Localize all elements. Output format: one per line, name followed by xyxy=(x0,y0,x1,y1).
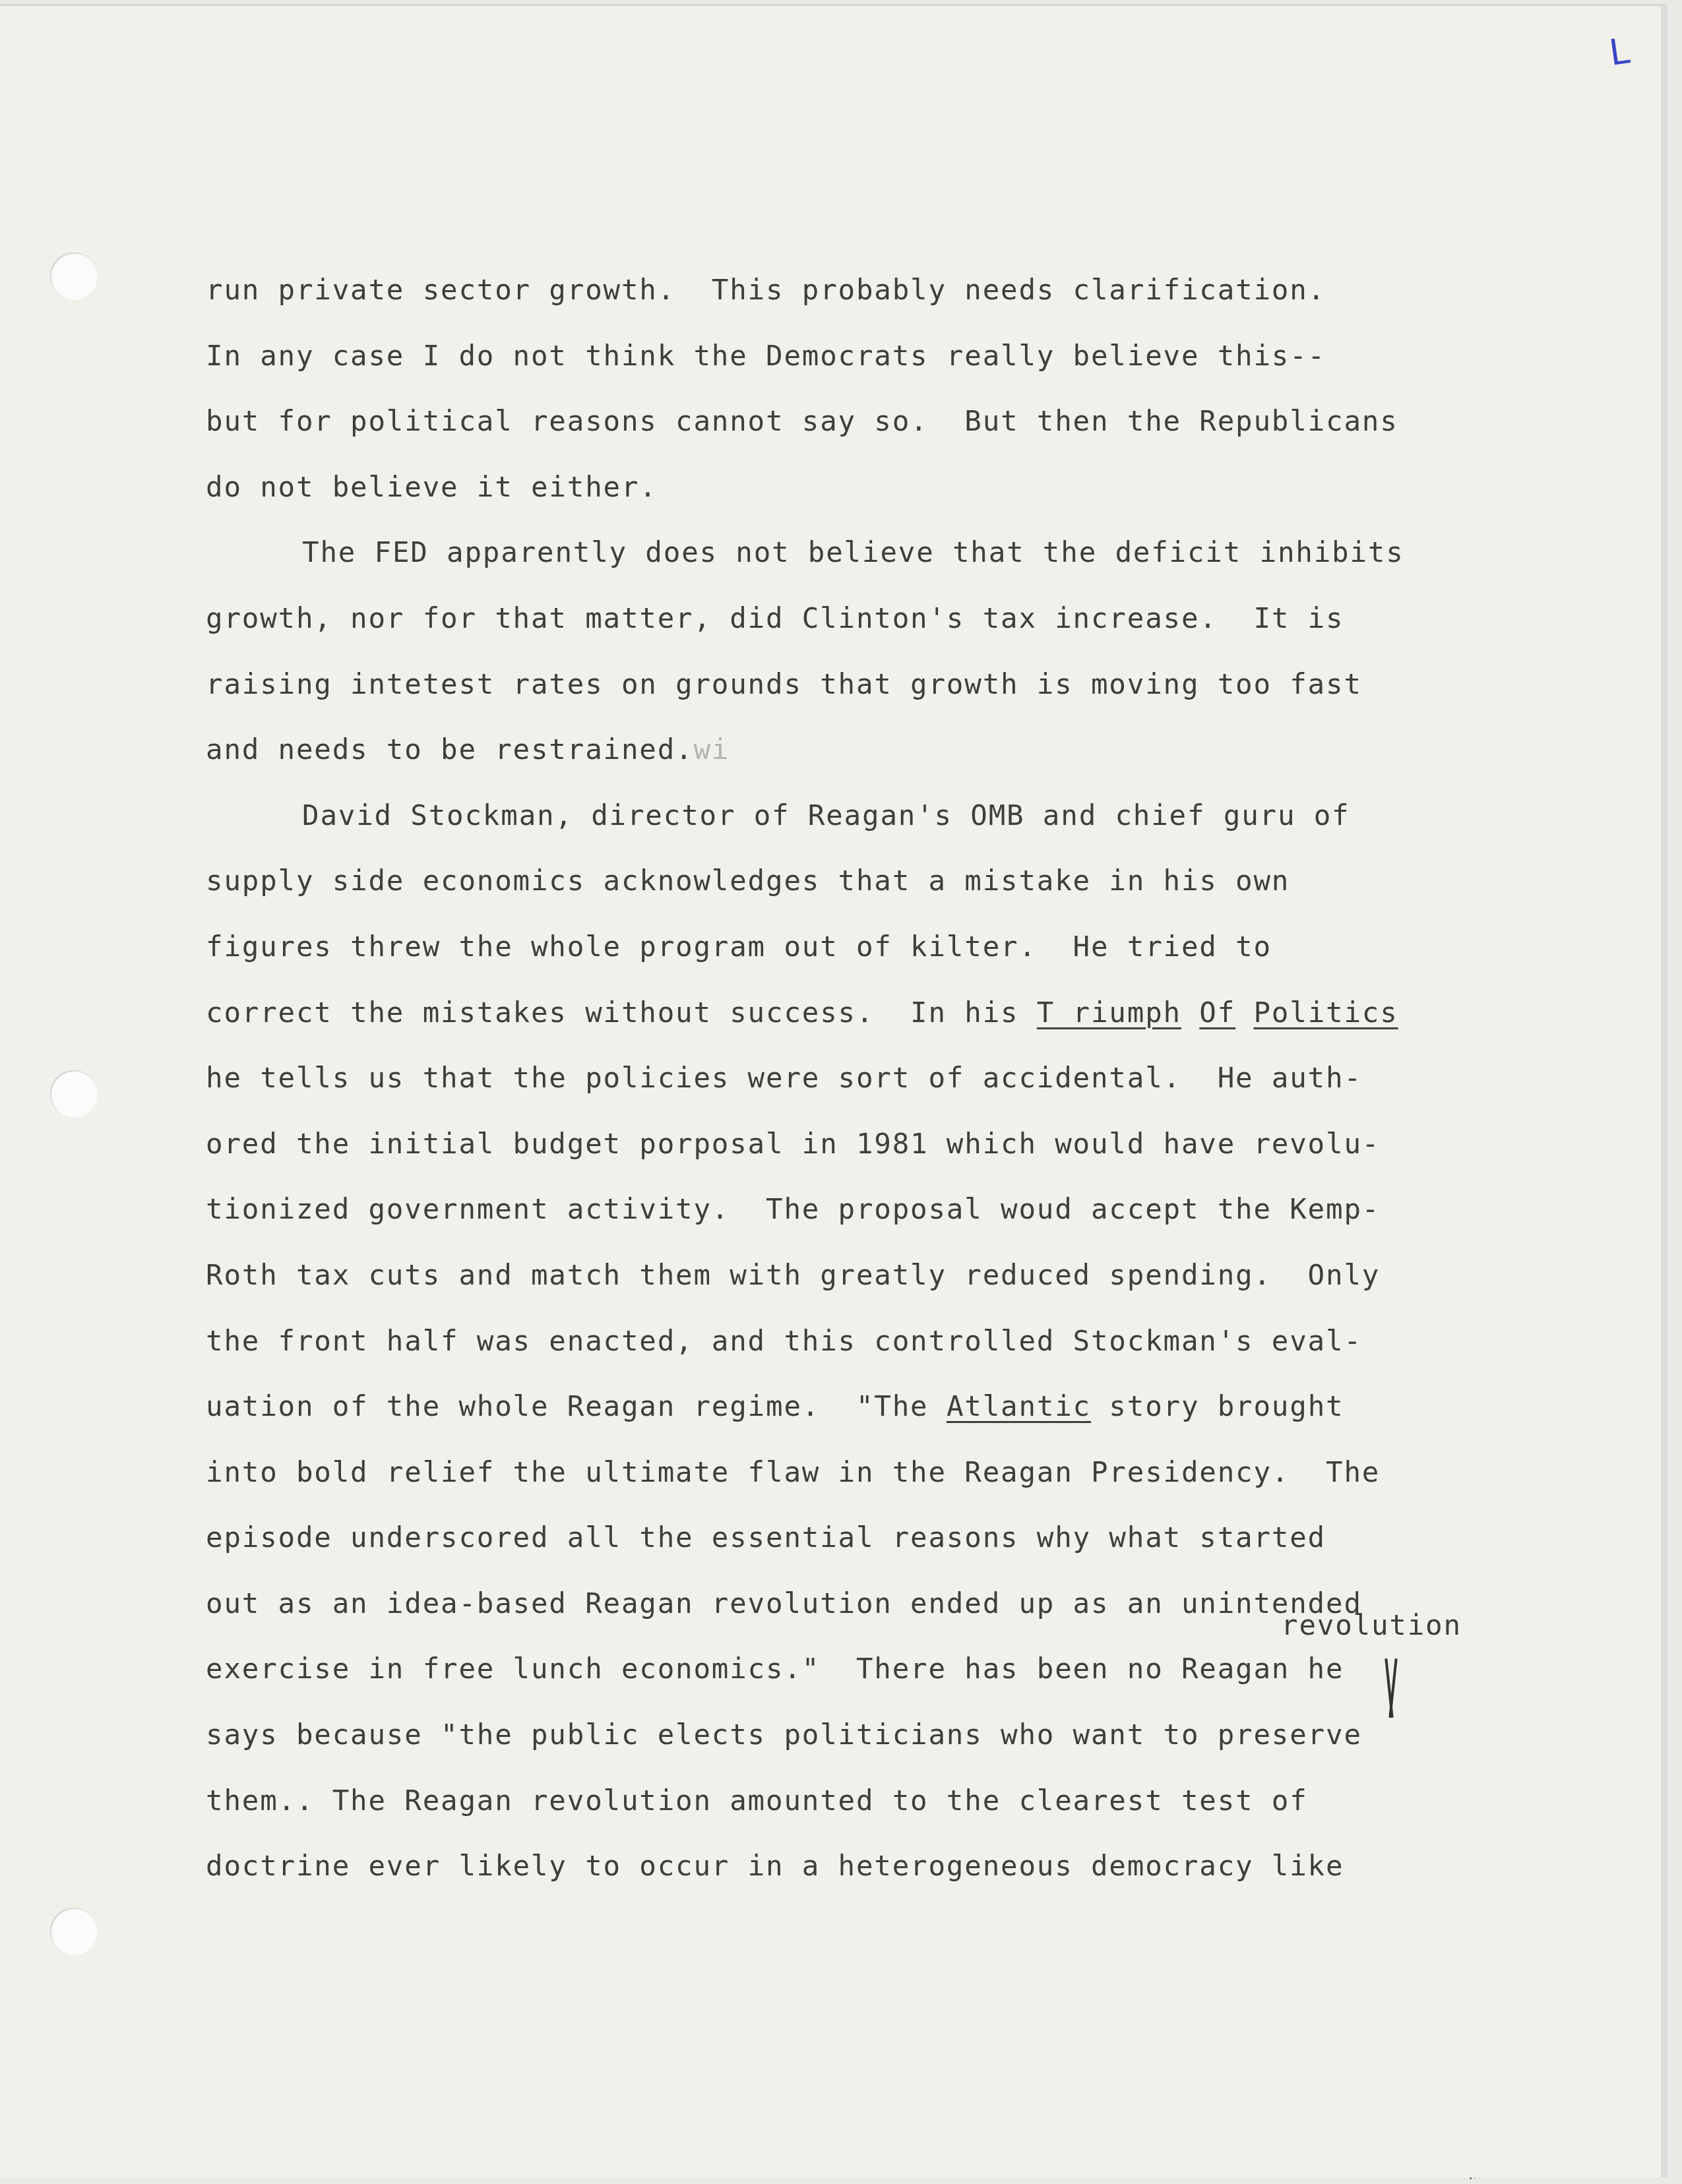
text-line: Roth tax cuts and match them with greatl… xyxy=(206,1243,1578,1309)
interlinear-insertion: revolution xyxy=(1281,1610,1462,1642)
handwritten-corner-mark: L xyxy=(1607,30,1633,74)
text-line: doctrine ever likely to occur in a heter… xyxy=(206,1834,1578,1900)
book-title-word: Of xyxy=(1199,997,1235,1029)
typewritten-body: run private sector growth. This probably… xyxy=(206,258,1578,1900)
text-line: them.. The Reagan revolution amounted to… xyxy=(206,1769,1578,1835)
paragraph-start-line: David Stockman, director of Reagan's OMB… xyxy=(206,783,1578,849)
spacer xyxy=(1181,997,1199,1029)
text-line: raising intetest rates on grounds that g… xyxy=(206,652,1578,718)
text-line: tionized government activity. The propos… xyxy=(206,1177,1578,1243)
text-line: into bold relief the ultimate flaw in th… xyxy=(206,1440,1578,1506)
publication-title: Atlantic xyxy=(947,1391,1091,1423)
text-line: growth, nor for that matter, did Clinton… xyxy=(206,586,1578,652)
spacer xyxy=(1235,997,1253,1029)
text-line: correct the mistakes without success. In… xyxy=(206,981,1578,1046)
paragraph-start-line: The FED apparently does not believe that… xyxy=(206,520,1578,586)
book-title-word: Politics xyxy=(1253,997,1398,1029)
text-line: and needs to be restrained.wi xyxy=(206,717,1578,783)
line-text: correct the mistakes without success. In… xyxy=(206,997,1037,1029)
hole-punch-icon xyxy=(50,1070,98,1118)
line-text: and needs to be restrained. xyxy=(206,734,693,766)
text-line: but for political reasons cannot say so.… xyxy=(206,389,1578,455)
line-text: uation of the whole Reagan regime. "The xyxy=(206,1391,947,1423)
text-line: ored the initial budget porposal in 1981… xyxy=(206,1112,1578,1178)
text-line: the front half was enacted, and this con… xyxy=(206,1309,1578,1375)
hole-punch-icon xyxy=(50,1908,98,1955)
text-line: In any case I do not think the Democrats… xyxy=(206,324,1578,390)
ink-specks: • · xyxy=(1470,2175,1476,2183)
text-line: says because "the public elects politici… xyxy=(206,1703,1578,1769)
text-line: he tells us that the policies were sort … xyxy=(206,1046,1578,1112)
text-line: episode underscored all the essential re… xyxy=(206,1505,1578,1571)
document-page: L run private sector growth. This probab… xyxy=(0,4,1667,2177)
text-line: exercise in free lunch economics." There… xyxy=(206,1637,1578,1703)
text-line: do not believe it either. xyxy=(206,455,1578,521)
text-line: uation of the whole Reagan regime. "The … xyxy=(206,1374,1578,1440)
faint-strikeover-text: wi xyxy=(693,734,730,766)
text-line: supply side economics acknowledges that … xyxy=(206,849,1578,915)
book-title-word: T riumph xyxy=(1037,997,1181,1029)
text-line: figures threw the whole program out of k… xyxy=(206,915,1578,981)
hole-punch-icon xyxy=(50,253,98,300)
line-text: story brought xyxy=(1091,1391,1344,1423)
text-line: run private sector growth. This probably… xyxy=(206,258,1578,324)
